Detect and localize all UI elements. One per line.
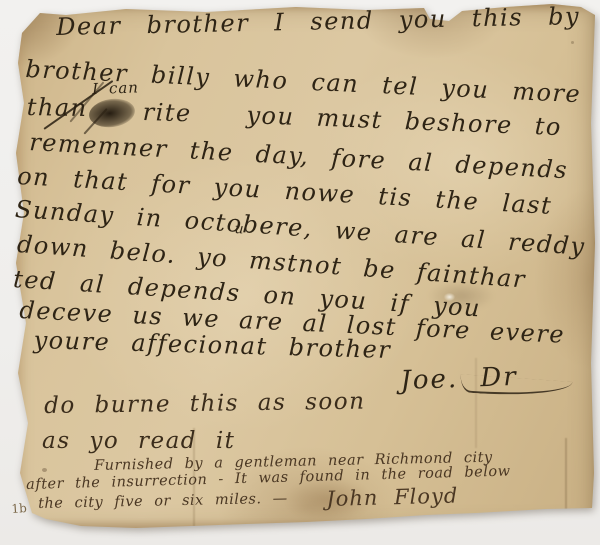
ink-blot-strikeout — [87, 96, 136, 130]
postscript-line-1: do burne this as soon — [44, 391, 366, 418]
letter-line-3-word-than: than — [27, 95, 88, 120]
handwriting-layer: Dear brother I send you this by brother … — [0, 0, 600, 545]
letter-line-3-word-rite: rite — [142, 100, 192, 125]
signature-flourish — [460, 374, 573, 400]
catalog-mark: 1b — [11, 502, 27, 515]
letter-scan: Dear brother I send you this by brother … — [0, 0, 600, 545]
letter-line-1: Dear brother I send you this by — [56, 4, 580, 39]
letter-line-3-continued: you must beshore to — [246, 103, 562, 139]
floyd-annotation-line-3: the city five or six miles. — — [38, 492, 288, 512]
superscript-u: u — [234, 222, 245, 237]
postscript-line-2: as yo read it — [42, 430, 235, 453]
floyd-signature: John Floyd — [326, 486, 459, 510]
